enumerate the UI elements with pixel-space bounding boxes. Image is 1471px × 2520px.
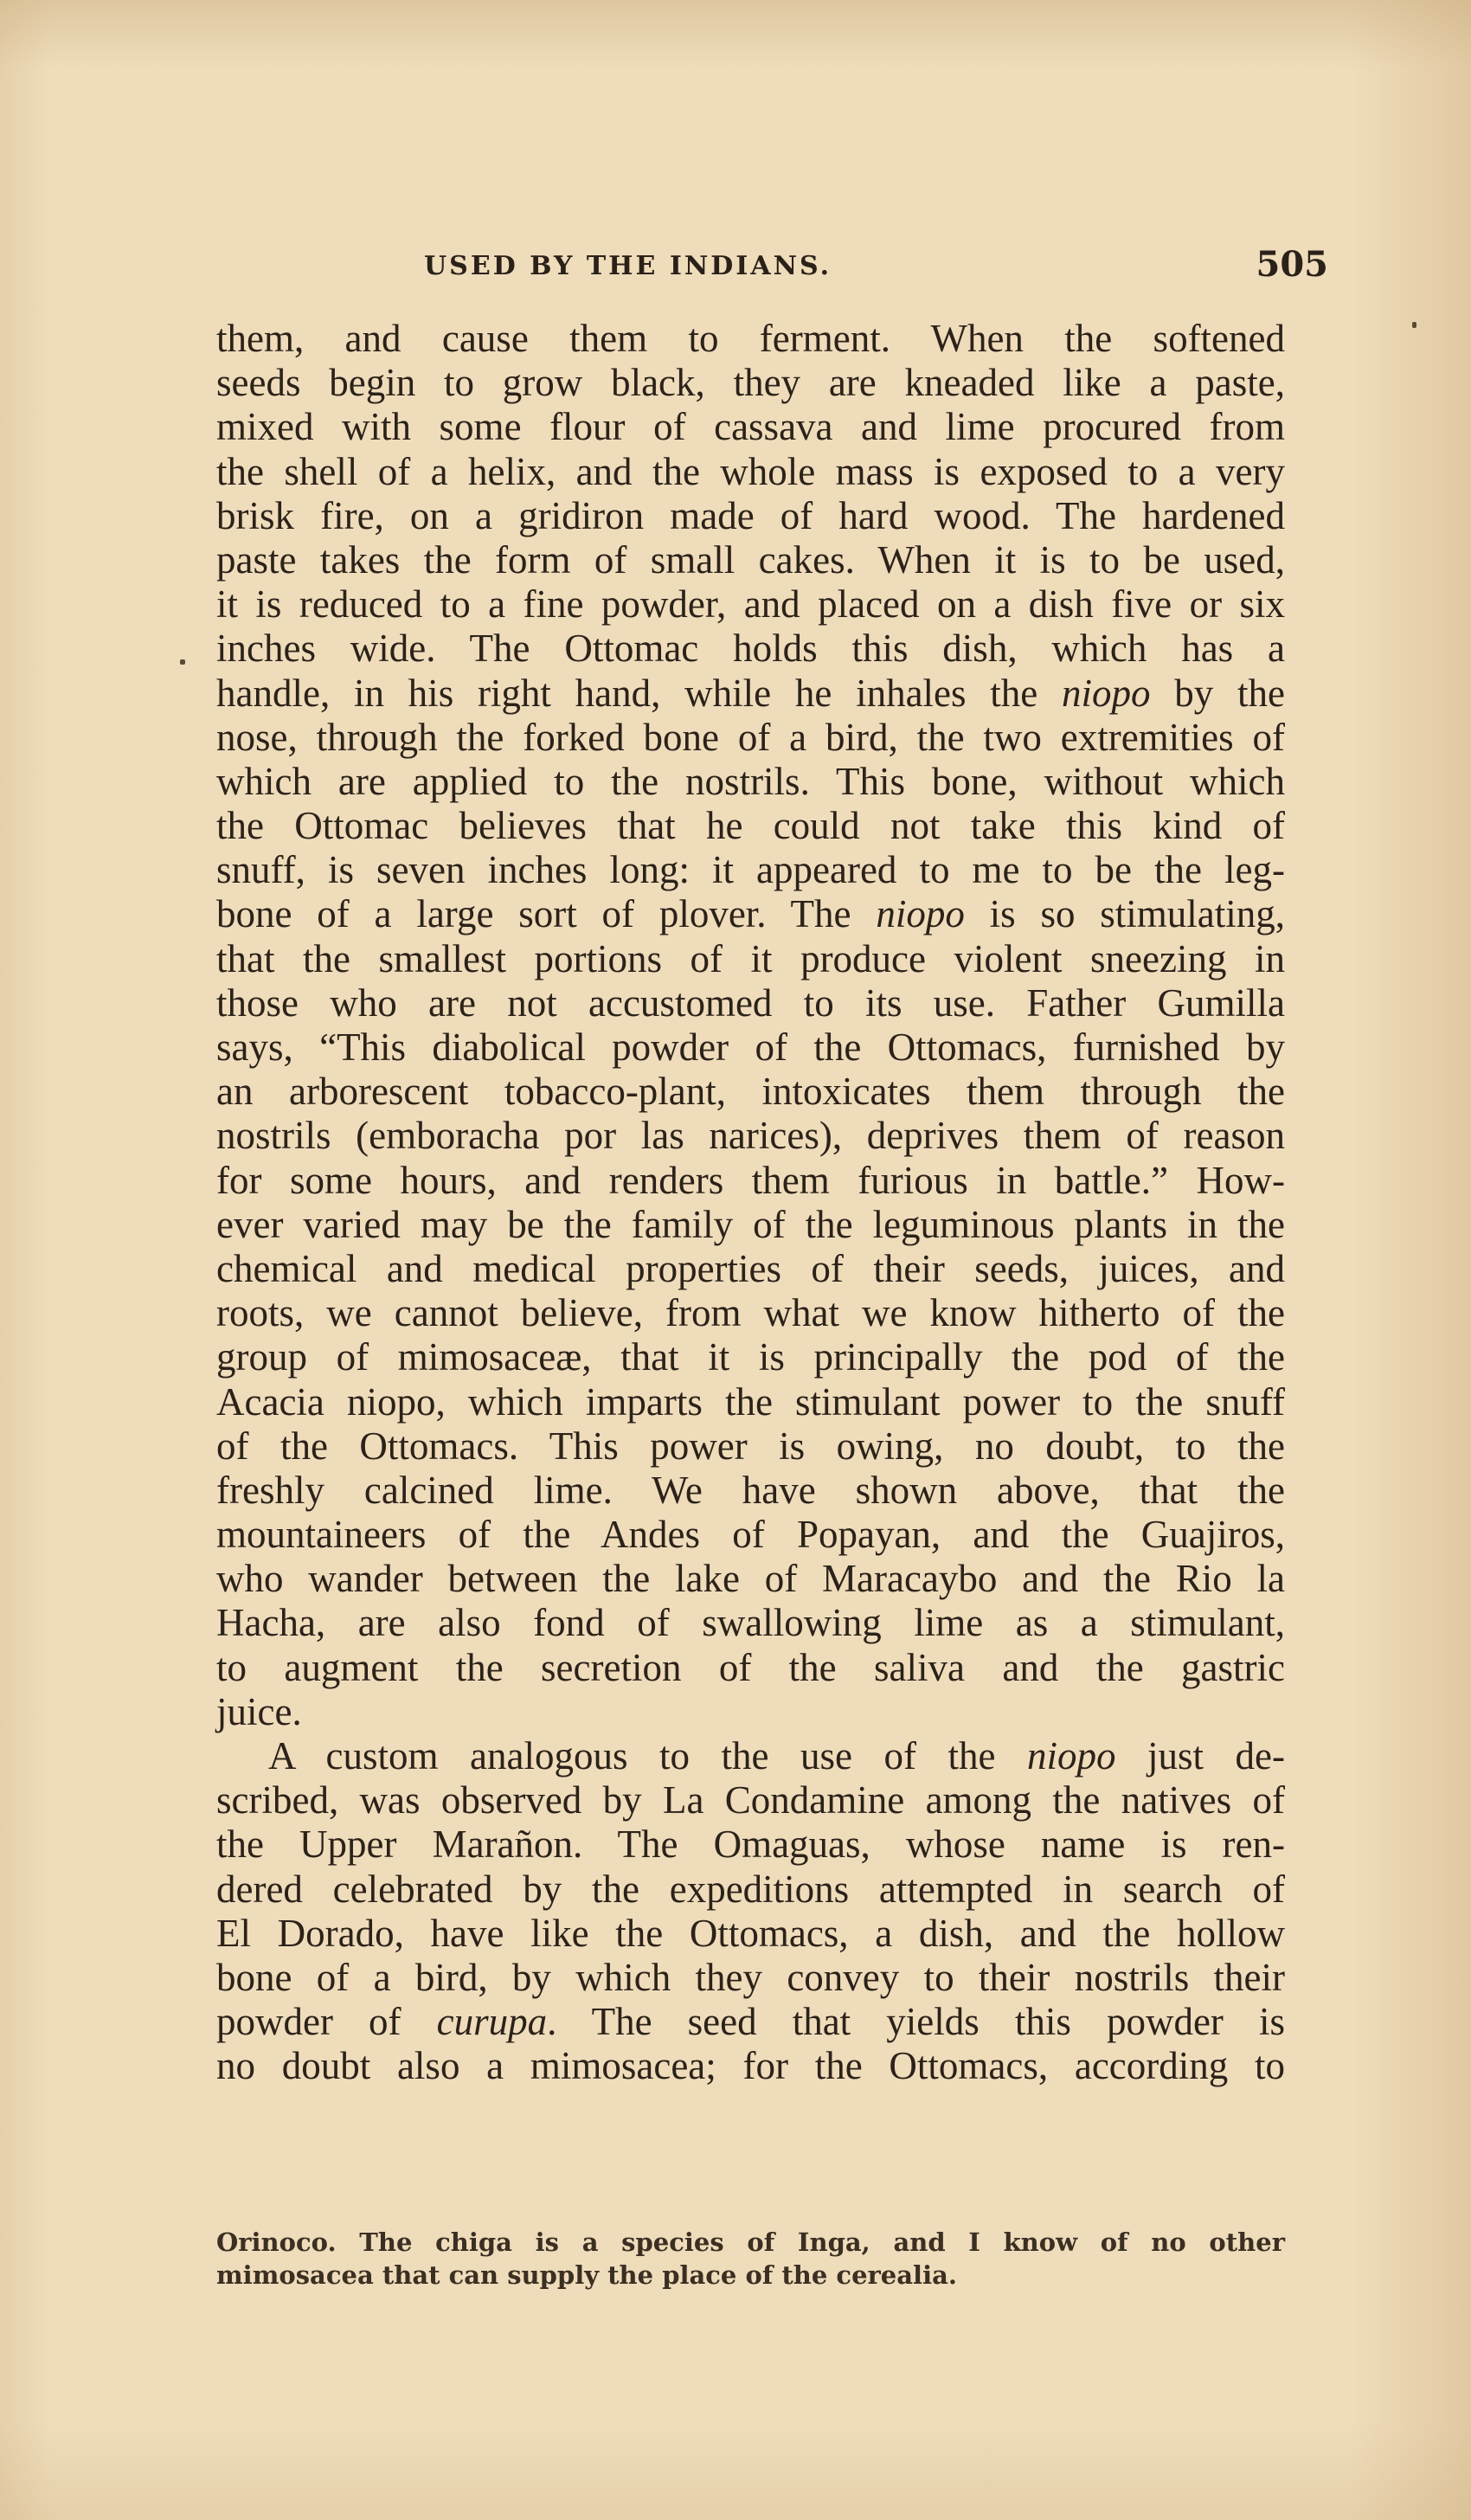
text-line: brisk fire, on a gridiron made of hard w…: [216, 494, 1285, 538]
text-line: A custom analogous to the use of the nio…: [216, 1734, 1285, 1778]
text-line: bone of a bird, by which they convey to …: [216, 1956, 1285, 2000]
text-segment: by the: [1151, 672, 1285, 715]
text-line: an arborescent tobacco-plant, intoxicate…: [216, 1070, 1285, 1114]
text-line: says, “This diabolical powder of the Ott…: [216, 1025, 1285, 1070]
text-line: ever varied may be the family of the leg…: [216, 1203, 1285, 1247]
italic-term: niopo: [876, 892, 965, 935]
italic-term: niopo: [1062, 672, 1151, 715]
text-line: inches wide. The Ottomac holds this dish…: [216, 627, 1285, 671]
text-line: handle, in his right hand, while he inha…: [216, 672, 1285, 716]
text-line: paste takes the form of small cakes. Whe…: [216, 538, 1285, 582]
text-line: which are applied to the nostrils. This …: [216, 760, 1285, 804]
text-line: El Dorado, have like the Ottomacs, a dis…: [216, 1912, 1285, 1956]
text-line: juice.: [216, 1690, 1285, 1734]
text-line: nose, through the forked bone of a bird,…: [216, 716, 1285, 760]
footnote-line: Orinoco. The chiga is a species of Inga,…: [216, 2226, 1285, 2259]
text-line: powder of curupa. The seed that yields t…: [216, 2000, 1285, 2044]
text-line: Acacia niopo, which imparts the stimulan…: [216, 1380, 1285, 1424]
running-title: USED BY THE INDIANS.: [424, 251, 832, 281]
text-line: them, and cause them to ferment. When th…: [216, 317, 1285, 361]
text-segment: just de-: [1116, 1734, 1286, 1777]
text-line: scribed, was observed by La Condamine am…: [216, 1778, 1285, 1822]
text-line: that the smallest portions of it produce…: [216, 937, 1285, 981]
text-line: bone of a large sort of plover. The niop…: [216, 892, 1285, 936]
text-line: group of mimosaceæ, that it is principal…: [216, 1335, 1285, 1379]
text-line: to augment the secretion of the saliva a…: [216, 1646, 1285, 1690]
text-line: snuff, is seven inches long: it appeared…: [216, 848, 1285, 892]
text-line: for some hours, and renders them furious…: [216, 1159, 1285, 1203]
paper-speck: [180, 659, 185, 665]
italic-term: niopo: [1027, 1734, 1116, 1777]
text-line: mountaineers of the Andes of Popayan, an…: [216, 1513, 1285, 1557]
running-head: USED BY THE INDIANS. 505: [424, 244, 1328, 296]
text-line: the shell of a helix, and the whole mass…: [216, 450, 1285, 494]
text-line: dered celebrated by the expeditions atte…: [216, 1867, 1285, 1912]
text-line: chemical and medical properties of their…: [216, 1247, 1285, 1291]
text-line: seeds begin to grow black, they are knea…: [216, 361, 1285, 405]
italic-term: curupa: [437, 2000, 548, 2043]
text-line: the Ottomac believes that he could not t…: [216, 804, 1285, 848]
text-line: who wander between the lake of Maracaybo…: [216, 1557, 1285, 1601]
text-segment: is so stimulating,: [965, 892, 1285, 935]
text-segment: handle, in his right hand, while he inha…: [216, 672, 1062, 715]
footnote: Orinoco. The chiga is a species of Inga,…: [216, 2226, 1285, 2292]
text-line: mixed with some flour of cassava and lim…: [216, 405, 1285, 449]
text-line: roots, we cannot believe, from what we k…: [216, 1291, 1285, 1335]
text-line: nostrils (emboracha por las narices), de…: [216, 1114, 1285, 1158]
text-segment: bone of a large sort of plover. The: [216, 892, 876, 935]
text-line: no doubt also a mimosacea; for the Ottom…: [216, 2044, 1285, 2088]
text-line: the Upper Marañon. The Omaguas, whose na…: [216, 1822, 1285, 1867]
footnote-line: mimosacea that can supply the place of t…: [216, 2259, 1285, 2292]
text-line: it is reduced to a fine powder, and plac…: [216, 582, 1285, 627]
text-line: Hacha, are also fond of swallowing lime …: [216, 1601, 1285, 1645]
text-line: of the Ottomacs. This power is owing, no…: [216, 1424, 1285, 1469]
text-line: freshly calcined lime. We have shown abo…: [216, 1469, 1285, 1513]
page-number: 505: [1256, 244, 1329, 285]
body-text: them, and cause them to ferment. When th…: [216, 317, 1285, 2089]
text-segment: powder of: [216, 2000, 437, 2043]
paper-speck: [1412, 322, 1416, 328]
text-segment: A custom analogous to the use of the: [268, 1734, 1027, 1777]
book-page: USED BY THE INDIANS. 505 them, and cause…: [0, 0, 1471, 2520]
text-line: those who are not accustomed to its use.…: [216, 981, 1285, 1025]
text-segment: . The seed that yields this powder is: [547, 2000, 1285, 2043]
